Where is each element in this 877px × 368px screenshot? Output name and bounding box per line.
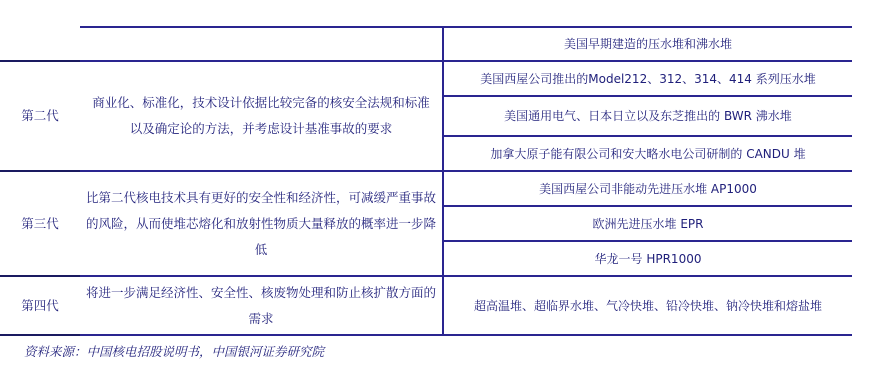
- table-bottom-rule: [0, 334, 852, 336]
- reactor-cell: 美国早期建造的压水堆和沸水堆: [444, 28, 852, 60]
- reactor-cell: 超高温堆、超临界水堆、气冷快堆、铅冷快堆、钠冷快堆和熔盐堆: [444, 277, 852, 334]
- generation-label: 第四代: [0, 277, 80, 334]
- generation-label: 第二代: [0, 62, 80, 170]
- reactor-cell: 加拿大原子能有限公司和安大略水电公司研制的 CANDU 堆: [444, 137, 852, 170]
- reactor-cell: 华龙一号 HPR1000: [444, 242, 852, 275]
- source-note: 资料来源：中国核电招股说明书，中国银河证券研究院: [24, 342, 324, 360]
- generation-description: 将进一步满足经济性、安全性、核废物处理和防止核扩散方面的需求: [80, 277, 442, 334]
- generation-description: 比第二代核电技术具有更好的安全性和经济性，可减缓严重事故的风险，从而使堆芯熔化和…: [80, 172, 442, 275]
- reactor-cell: 欧洲先进压水堆 EPR: [444, 207, 852, 240]
- reactor-cell: 美国通用电气、日本日立以及东芝推出的 BWR 沸水堆: [444, 97, 852, 135]
- reactor-cell: 美国西屋公司推出的Model212、312、314、414 系列压水堆: [444, 62, 852, 95]
- reactor-cell: 美国西屋公司非能动先进压水堆 AP1000: [444, 172, 852, 205]
- generation-label: 第三代: [0, 172, 80, 275]
- generation-description: 商业化、标准化，技术设计依据比较完备的核安全法规和标准以及确定论的方法，并考虑设…: [80, 62, 442, 170]
